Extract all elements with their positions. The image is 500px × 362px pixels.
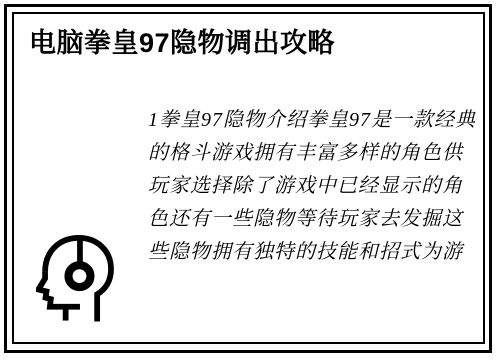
article-text-line: 色还有一些隐物等待玩家去发掘这: [148, 203, 466, 236]
article-text-line: 玩家选择除了游戏中已经显示的角: [148, 170, 466, 203]
article-text-line: 的格斗游戏拥有丰富多样的角色供: [148, 137, 466, 170]
article-text-line: 些隐物拥有独特的技能和招式为游: [148, 236, 466, 269]
head-profile-with-ring-icon: [36, 233, 122, 325]
article-page: 电脑拳皇97隐物调出攻略 1拳皇97隐物介绍拳皇97是一款经典 的格斗游戏拥有丰…: [0, 0, 500, 362]
article-text: 1拳皇97隐物介绍拳皇97是一款经典 的格斗游戏拥有丰富多样的角色供 玩家选择除…: [148, 104, 466, 269]
page-title: 电脑拳皇97隐物调出攻略: [29, 26, 335, 60]
article-text-line: 1拳皇97隐物介绍拳皇97是一款经典: [148, 104, 466, 137]
